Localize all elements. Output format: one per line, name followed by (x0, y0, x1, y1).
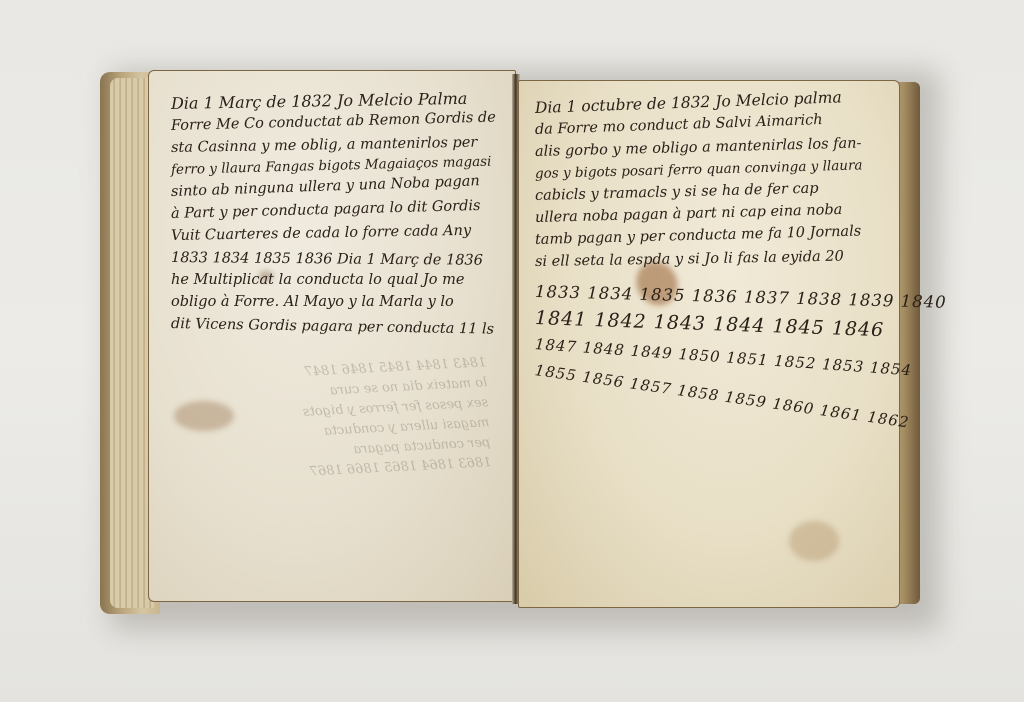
year: 1861 (819, 401, 863, 425)
handwritten-line: dit Vicens Gordis pagara per conducta 11… (171, 313, 515, 341)
right-page-text: Dia 1 octubre de 1832 Jo Melcio palma da… (519, 97, 899, 383)
year: 1847 (534, 335, 577, 356)
year: 1838 (796, 289, 842, 309)
year: 1833 (535, 282, 581, 302)
year: 1835 (639, 285, 685, 305)
year: 1845 (772, 315, 825, 339)
year: 1844 (713, 313, 766, 337)
handwritten-line: obligo à Forre. Al Mayo y la Marla y lo (171, 291, 515, 313)
year: 1856 (581, 368, 625, 392)
year: 1852 (774, 352, 817, 373)
year: 1857 (629, 374, 673, 398)
year: 1837 (744, 287, 790, 307)
year: 1851 (726, 348, 769, 369)
year: 1834 (587, 283, 633, 303)
year: 1841 (535, 307, 588, 331)
handwritten-line: he Multiplicat la conducta lo qual Jo me (171, 269, 515, 291)
year: 1858 (676, 381, 720, 405)
year: 1849 (630, 342, 673, 363)
handwritten-line: Vuit Cuarteres de cada lo forre cada Any (171, 219, 515, 247)
year: 1848 (582, 338, 625, 359)
year: 1850 (678, 345, 721, 366)
year: 1836 (691, 286, 737, 306)
bleed-through-text: 1843 1844 1845 1846 1847 lo mateix dia n… (186, 353, 492, 489)
left-page: Dia 1 Març de 1832 Jo Melcio Palma Forre… (148, 70, 516, 602)
stain (789, 521, 839, 561)
year: 1854 (869, 358, 912, 379)
year: 1846 (831, 317, 884, 341)
year: 1842 (594, 309, 647, 333)
year: 1840 (900, 292, 946, 312)
year: 1855 (534, 361, 578, 385)
year: 1859 (724, 388, 768, 412)
left-page-text: Dia 1 Març de 1832 Jo Melcio Palma Forre… (149, 93, 515, 335)
year: 1839 (848, 290, 894, 310)
year: 1853 (821, 355, 864, 376)
right-page: Dia 1 octubre de 1832 Jo Melcio palma da… (518, 80, 900, 608)
year: 1843 (653, 311, 706, 335)
year-list: 1833 1834 1835 1836 1837 1838 1839 1840 … (535, 279, 899, 383)
year: 1860 (771, 394, 815, 418)
